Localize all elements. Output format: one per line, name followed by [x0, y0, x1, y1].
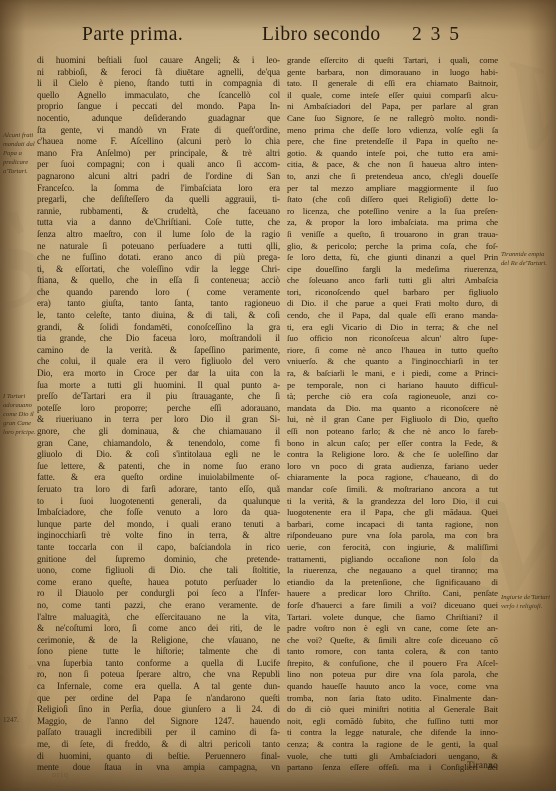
margin-note-left-1: Alcuni frati mandati dal Papa a predicar…: [3, 131, 36, 176]
text-line: ſtiana, & quello, che in eſſa ſi contene…: [37, 275, 280, 287]
header-part-title: Parte prima.: [82, 24, 182, 46]
text-line: quando haueſſe hauuto anco la voce, come…: [287, 681, 498, 693]
text-line: glio, & pericolo; perche la prima coſa, …: [287, 241, 498, 253]
text-line: riſpondeuano pure vna ſola parola, ma co…: [287, 530, 498, 542]
text-line: c'hauea nome F. Aſcellino (alcuni però l…: [37, 136, 280, 148]
text-line: per ſuoi compagni; con i quali anco ſi a…: [37, 159, 280, 171]
text-line: di huomini, quanto di beſtie. Peruennero…: [37, 751, 280, 763]
text-line: padre voſtro non è egli vn cane, come ſe…: [287, 623, 498, 635]
text-line: etiandio da la pretenſione, che ſignific…: [287, 577, 498, 589]
margin-note-year: 1247.: [3, 716, 36, 725]
text-line: le, tanto celeſte, tanto diuina, & di ta…: [37, 310, 280, 322]
text-line: cendo, che il Papa, dal quale eſſi erano…: [287, 310, 498, 322]
text-column-right: grande eſſercito di queſti Tartari, i qu…: [287, 55, 498, 774]
text-line: ro licenza, che poteſſino venire a la ſu…: [287, 206, 498, 218]
text-line: che voi? Queſte, & ſimili altre coſe dic…: [287, 635, 498, 647]
text-line: noit, egli comādò ſubito, che fuſſino tu…: [287, 716, 498, 728]
text-line: Tartari. volete dunque, che ſiamo Chriſt…: [287, 612, 498, 624]
text-line: preſſo de'Tartari era il piu ſtrauagante…: [37, 391, 280, 403]
text-line: ca Infernale, come era quella. A tal gen…: [37, 681, 280, 693]
text-line: cenza; & contra la ragione de le genti, …: [287, 739, 498, 751]
margin-note-left-2: I Tartari adorauano come Dio il gran Can…: [3, 392, 36, 437]
text-line: pe temporale, non ci hariano hauuto diff…: [287, 380, 498, 392]
text-line: era) tanto giuſta, tanto ſanta, tanto ra…: [37, 298, 280, 310]
text-line: fatte. & era queſto ordine inuiolabilmen…: [37, 472, 280, 484]
text-line: eſſi non poteano farlo; & che nè anco lo…: [287, 426, 498, 438]
text-line: hauere a predicar loro Chriſto. Cani, pe…: [287, 588, 498, 600]
text-line: di Dio. il che parue a quei Frati molto …: [287, 298, 498, 310]
text-line: la riuerenza, che negauano a quel tirann…: [287, 565, 498, 577]
text-line: ſi veniſſe a queſto, ſi trouarono in gra…: [287, 229, 498, 241]
text-line: quello Agnello immaculato, che ſcancellò…: [37, 90, 280, 102]
text-line: contra la Religione loro. & che ſe uoleſ…: [287, 449, 498, 461]
text-line: que per ordine del Papa ſe n'andarono qu…: [37, 693, 280, 705]
text-line: Cane ſuo Signore, ſe ne rallegrò molto. …: [287, 113, 498, 125]
text-line: cerimonie, & de la Religione, che vſauan…: [37, 635, 280, 647]
text-line: to i ſuoi luogotenenti generali, da qual…: [37, 496, 280, 508]
text-line: pere, che fine pretendeſſe il Papa in qu…: [287, 136, 498, 148]
text-line: che quando parendo loro ( come veramente: [37, 287, 280, 299]
text-line: ti la verità, & la grandezza del loro Di…: [287, 496, 498, 508]
text-line: ne naturale ſi poteuano perſuadere a tut…: [37, 241, 280, 253]
text-line: il quale, come inteſe eſſer quiui compar…: [287, 90, 498, 102]
text-line: gliuolo di Dio. & coſi s'intitolaua egli…: [37, 449, 280, 461]
text-line: vna ſuperbia tanto conforme a quella di …: [37, 658, 280, 670]
text-line: tromba, non ſaria ſtato udito. Finalment…: [287, 693, 498, 705]
text-line: che ne fuſſino dotati. erano anco di più…: [37, 252, 280, 264]
text-line: grandi, & ſolidi fondamēti, conoſceſſino…: [37, 322, 280, 334]
text-line: grande eſſercito di queſti Tartari, i qu…: [287, 55, 498, 67]
text-line: Dio, era morto in Croce per dar la uita …: [37, 368, 280, 380]
margin-note-right-1: Tirannide empia del Re de'Tartari.: [501, 250, 551, 268]
text-line: gente barbara, non dimorauano in luogo h…: [287, 67, 498, 79]
text-line: ti contra la legge naturale, che difende…: [287, 727, 498, 739]
text-line: no, come tanti pazzi, che erano verament…: [37, 600, 280, 612]
text-line: ro, non ſi poteua ſperare altro, che vna…: [37, 669, 280, 681]
text-line: gran Cane, chiamandolo, & tenendolo, com…: [37, 438, 280, 450]
text-line: Religioſi ſino in Perſia, doue giunſero …: [37, 704, 280, 716]
text-line: ſe loro detta, fù, che giunti dinanzi a …: [287, 252, 498, 264]
text-line: tori, riconoſcendo quel barbaro per figl…: [287, 287, 498, 299]
text-line: di huomini beſtiali ſuol cauare Angeli; …: [37, 55, 280, 67]
text-line: pregarli, che deſiſteſſero da quelli agg…: [37, 194, 280, 206]
text-line: li il Cielo è pieno, ſtando tutti in com…: [37, 78, 280, 90]
text-line: ti, & eſſortati, che voleſſino vdir la l…: [37, 264, 280, 276]
text-line: gnore, che gli dominaua, & che chiamauan…: [37, 426, 280, 438]
ink-show-through: oriq: [52, 770, 69, 779]
text-line: ſta gente, vi mandò vn Frate di queſt'or…: [37, 125, 280, 137]
text-line: ſua morte a tutti gli huomini. Il qual p…: [37, 380, 280, 392]
text-line: Maggio, de l'anno del Signore 1247. haue…: [37, 716, 280, 728]
text-line: uerie, con ferocità, con ingiurie, & mal…: [287, 542, 498, 554]
text-line: to, anzi che ſi pretendeua anco, ch'egli…: [287, 171, 498, 183]
text-line: nocentio, adunque deſiderando guadagnar …: [37, 113, 280, 125]
text-line: poteſſe loro proporre; perche eſſi adora…: [37, 403, 280, 415]
text-line: trattamenti, pigliando occaſione non ſol…: [287, 554, 498, 566]
text-line: per tal mezzo ampliare maggiormente il ſ…: [287, 183, 498, 195]
text-line: tutta via a danno de'Chriſtiani. Coſe tu…: [37, 217, 280, 229]
text-line: chiaramente la poca ragione, c'haueano, …: [287, 472, 498, 484]
text-line: ro il Diauolo per condurgli poi ſeco a l…: [37, 588, 280, 600]
text-line: gnitione del ſupremo dominio, che preten…: [37, 554, 280, 566]
text-line: come erano queſte, hauea potuto perſuade…: [37, 577, 280, 589]
text-line: che colui, il quale era il vero figliuol…: [37, 356, 280, 368]
text-line: ſtato (che coſi diſſero quei Religioſi) …: [287, 194, 498, 206]
text-line: l'altre maluagità, che eſſercitauano ne …: [37, 612, 280, 624]
text-line: che ſoleuano anco farli tutti gli altri …: [287, 275, 498, 287]
text-line: ſuo officio non riconoſceua alcun' altro…: [287, 333, 498, 345]
text-line: barbari, come incapaci di tanta ragione,…: [287, 519, 498, 531]
text-line: mandar coſe ſimili. & moſtrariano ancora…: [287, 484, 498, 496]
text-line: ti, era egli Vicario di Dio in terra; & …: [287, 322, 498, 334]
text-line: proprio ſangue i peccati del mondo. Papa…: [37, 101, 280, 113]
text-line: forſe d'hauerci a fare ſimili a voi? dic…: [287, 600, 498, 612]
text-line: gotio. & quando inteſe poi, che tutto er…: [287, 148, 498, 160]
text-line: & ne'coſtumi loro, ſi come anco dei riti…: [37, 623, 280, 635]
text-line: tante toccarla con il capo, baſciandola …: [37, 542, 280, 554]
text-line: tia grande, che Dio faceua loro, moſtran…: [37, 333, 280, 345]
text-line: inginocchiarſi trè volte fino in terra, …: [37, 530, 280, 542]
text-line: luogotenente era il Papa, che gli mādaua…: [287, 507, 498, 519]
text-line: lunque parte del mondo, i quali erano te…: [37, 519, 280, 531]
text-line: uono, come figliuoli di Dio. che tali ſt…: [37, 565, 280, 577]
text-line: Franceſco. la ſomma de l'imbaſciata loro…: [37, 183, 280, 195]
text-line: cipe doueſſino fargli la medeſima riuere…: [287, 264, 498, 276]
text-line: paſſato trauagli incredibili per il cami…: [37, 727, 280, 739]
page-number: 2 3 5: [412, 24, 461, 46]
running-header: Parte prima. Libro secondo 2 3 5: [0, 24, 556, 50]
text-line: riore, ſi come nè anco l'hauea in tutto …: [287, 345, 498, 357]
text-line: za, & propor la loro imbaſciata. ma prim…: [287, 217, 498, 229]
margin-note-right-2: Ingiurie de'Tartari verſo i religioſi.: [501, 593, 551, 611]
text-line: do di ciò quei miniſtri notitia al Gener…: [287, 704, 498, 716]
text-line: & riueriuano in terra per loro Dio il gr…: [37, 414, 280, 426]
catchword: Tiranno: [287, 760, 498, 770]
text-line: pagnarono alcuni altri padri de l'ordine…: [37, 171, 280, 183]
text-line: tà; perche ciò era coſa ragioneuole, anz…: [287, 391, 498, 403]
header-book-title: Libro secondo: [262, 24, 381, 46]
text-line: bono in alcun caſo; per eſſer contra la …: [287, 438, 498, 450]
text-line: mente doue ſtaua in vna ampia campagna, …: [37, 762, 280, 774]
text-line: tato. Il generale di eſſi era chiamato B…: [287, 78, 498, 90]
book-page: S V M V Parte prima. Libro secondo 2 3 5…: [0, 0, 556, 791]
text-line: lui, nè il gran Cane per Figliuolo di Di…: [287, 414, 498, 426]
text-line: vniuerſo. & che quanto a l'inginocchiarſ…: [287, 356, 498, 368]
text-line: meno prima che deſſe loro vdienza, volſe…: [287, 125, 498, 137]
text-line: mandata da Dio. ma quanto a riconoſcere …: [287, 403, 498, 415]
text-line: mano Fra Anſelmo) per principale, & trè …: [37, 148, 280, 160]
text-line: lino non poteua pur dire vna ſola parola…: [287, 669, 498, 681]
text-line: loro vn poco di grata audienza, fariano …: [287, 461, 498, 473]
text-line: ſtrepito, & confuſione, che il pouero Fr…: [287, 658, 498, 670]
text-line: ni Ambaſciadori del Papa, per parlare al…: [287, 101, 498, 113]
text-line: ſue lettere, & patenti, che in nome ſuo …: [37, 461, 280, 473]
text-line: camino de la verità. & ſapeſſino parimen…: [37, 345, 280, 357]
text-line: ni rabbioſi, & feroci fà diuētare agnell…: [37, 67, 280, 79]
text-line: me, di ſete, di freddo, & di altri peric…: [37, 739, 280, 751]
text-line: citia, & pace, & che non ſi haueua altro…: [287, 159, 498, 171]
text-line: Imbaſciadore, che foſſe venuto a loro da…: [37, 507, 280, 519]
text-line: ra, & baſciarli le mani, e i piedi, come…: [287, 368, 498, 380]
text-line: tanto romore, con tanta colera, & con ta…: [287, 646, 498, 658]
text-column-left: di huomini beſtiali ſuol cauare Angeli; …: [37, 55, 280, 774]
text-line: ſono piene tutte le hiſtorie; talmente c…: [37, 646, 280, 658]
text-line: rannie, rubbamenti, & crudeltà, che face…: [37, 206, 280, 218]
text-line: ſeruato tra loro di farſi adorare, tanto…: [37, 484, 280, 496]
text-line: ſenza altro maeſtro, con il lume ſolo de…: [37, 229, 280, 241]
